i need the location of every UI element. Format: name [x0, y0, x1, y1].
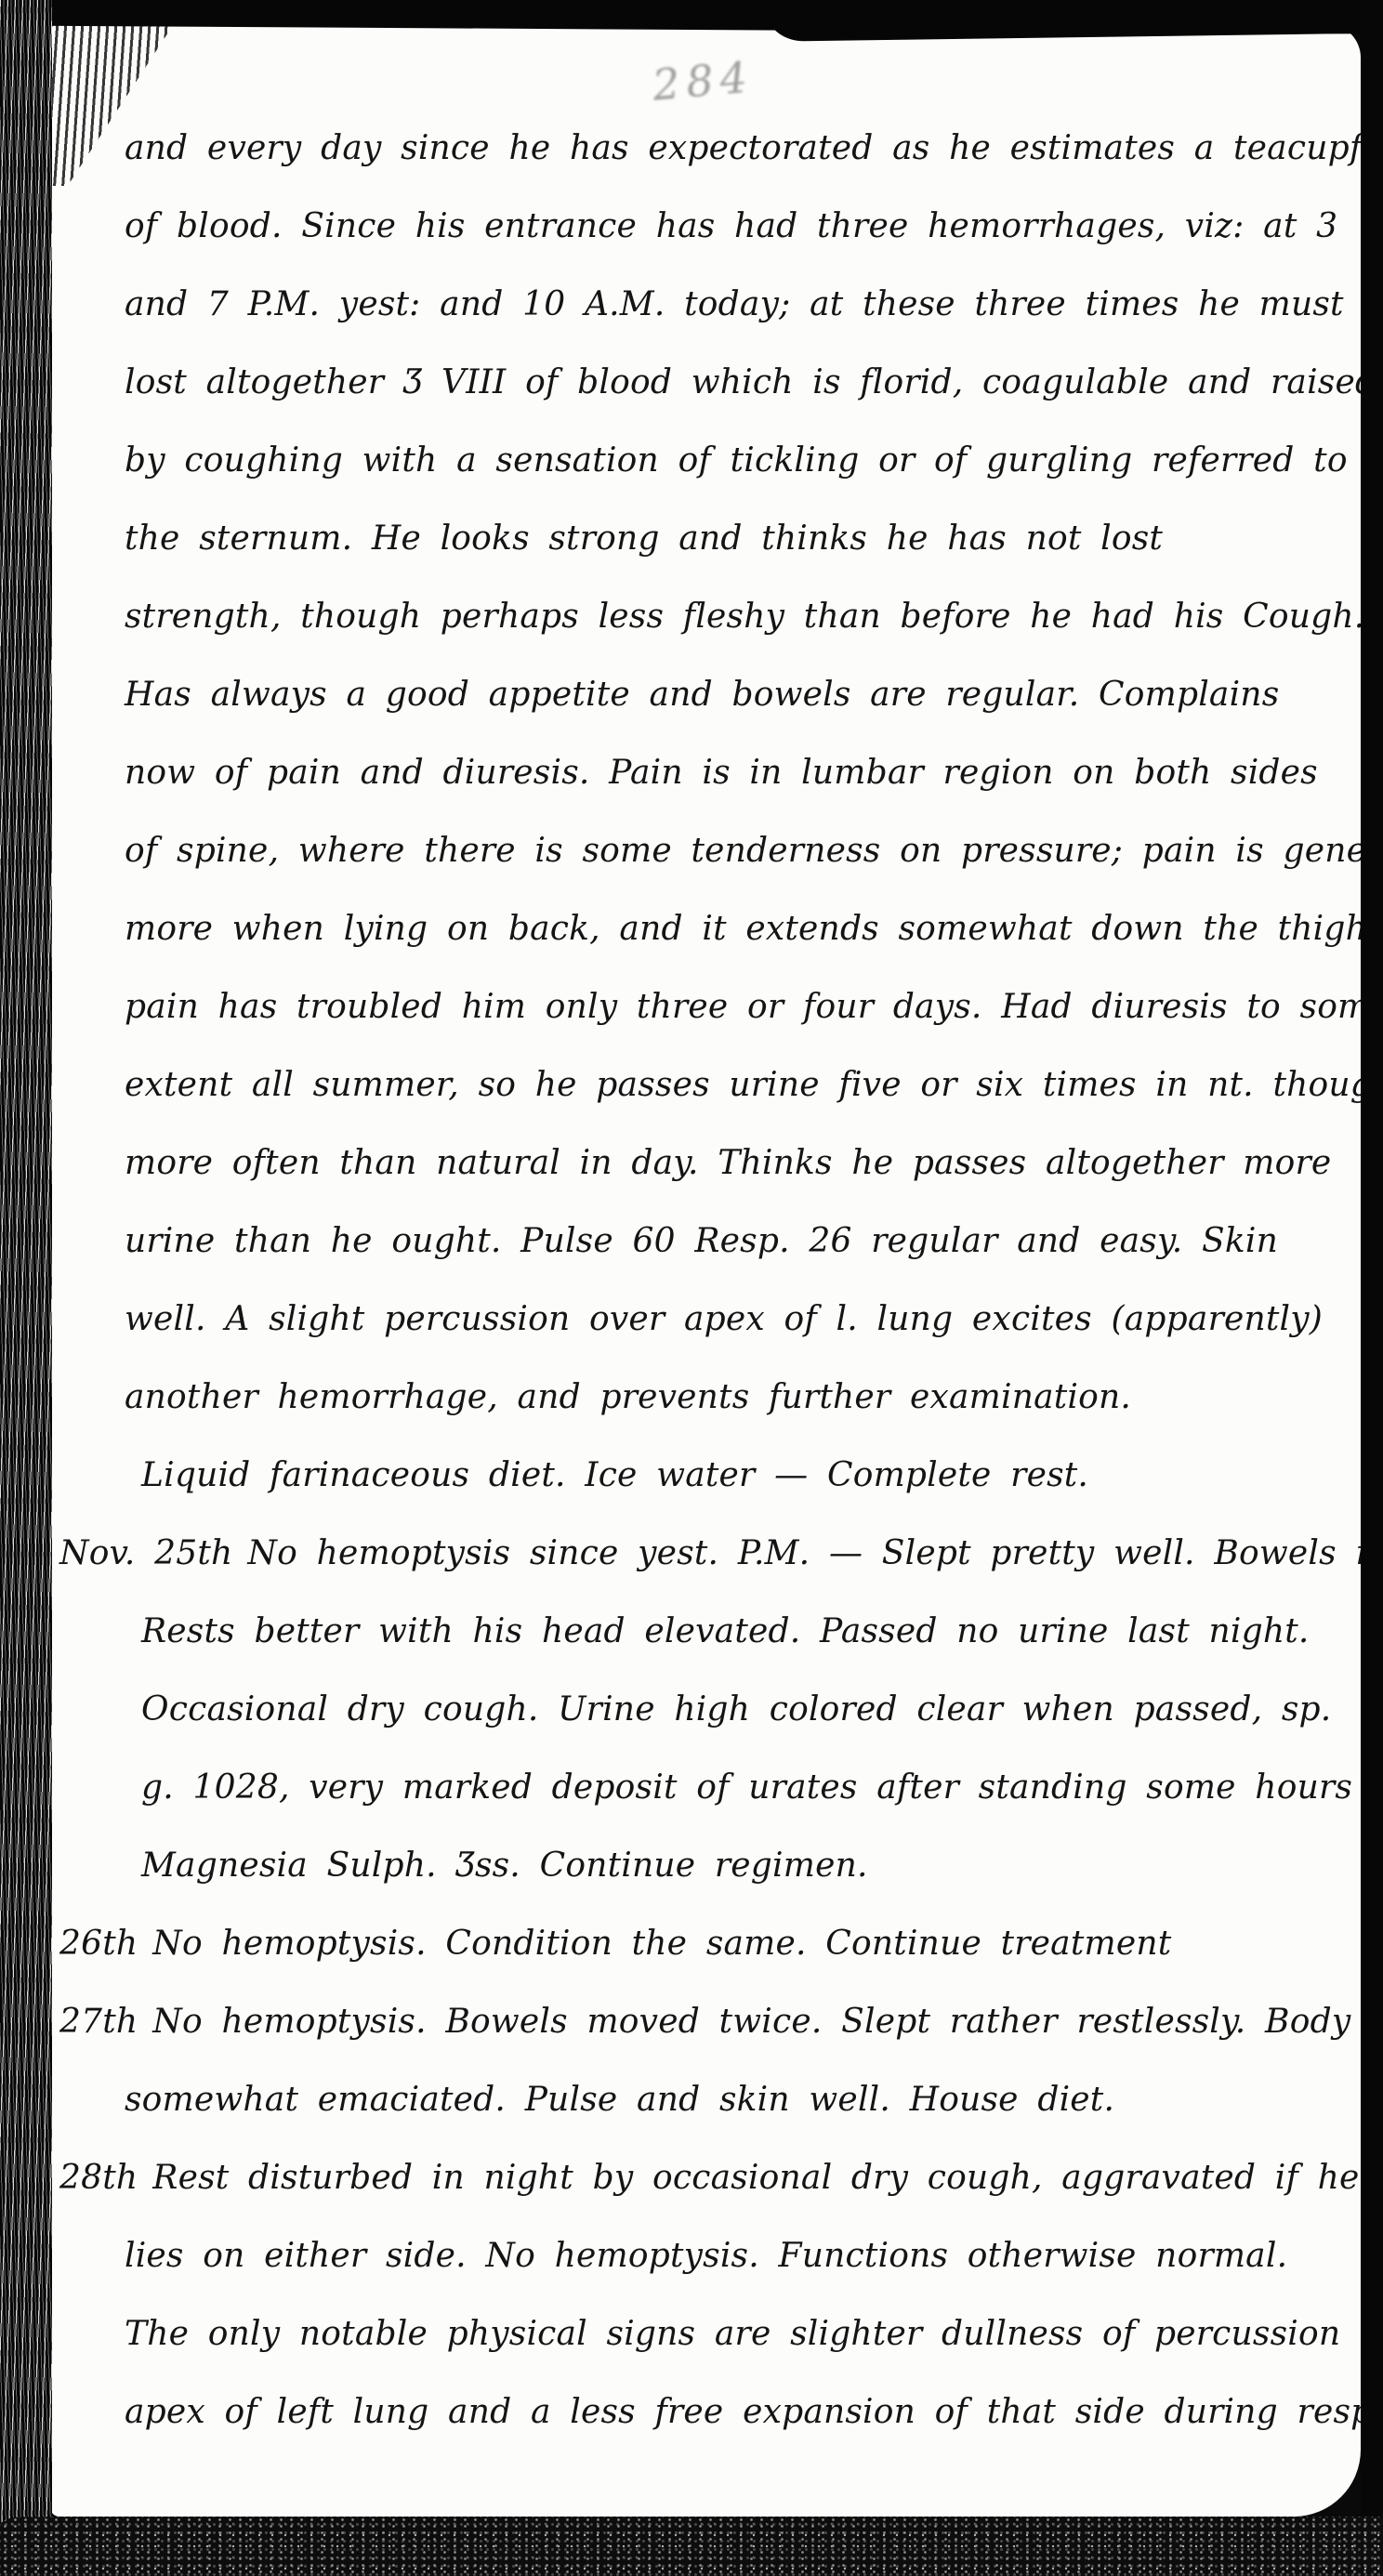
- manuscript-line: more often than natural in day. Thinks h…: [125, 1124, 1361, 1203]
- line-text: more often than natural in day. Thinks h…: [125, 1144, 1331, 1182]
- line-text: No hemoptysis since yest. P.M. — Slept p…: [247, 1534, 1361, 1572]
- manuscript-line: now of pain and diuresis. Pain is in lum…: [125, 734, 1361, 812]
- manuscript-line: extent all summer, so he passes urine fi…: [125, 1046, 1361, 1124]
- line-text: and every day since he has expectorated …: [125, 129, 1361, 167]
- manuscript-line: 28thRest disturbed in night by occasiona…: [125, 2139, 1361, 2217]
- line-text: of blood. Since his entrance has had thr…: [125, 207, 1337, 245]
- line-text: urine than he ought. Pulse 60 Resp. 26 r…: [125, 1222, 1278, 1260]
- line-text: lost altogether Ʒ VIII of blood which is…: [125, 363, 1361, 401]
- line-date-label: 28th: [59, 2139, 152, 2217]
- line-text: more when lying on back, and it extends …: [125, 910, 1361, 948]
- manuscript-line: 26thNo hemoptysis. Condition the same. C…: [125, 1905, 1361, 1983]
- line-text: Magnesia Sulph. Ʒss. Continue regimen.: [141, 1847, 868, 1885]
- line-text: Rests better with his head elevated. Pas…: [141, 1612, 1310, 1650]
- line-text: extent all summer, so he passes urine fi…: [125, 1066, 1361, 1104]
- line-text: Occasional dry cough. Urine high colored…: [141, 1690, 1331, 1728]
- line-date-label: Nov. 25th: [59, 1515, 247, 1593]
- manuscript-line: Nov. 25thNo hemoptysis since yest. P.M. …: [125, 1515, 1361, 1593]
- line-date-label: 26th: [59, 1905, 152, 1983]
- manuscript-line: by coughing with a sensation of tickling…: [125, 422, 1361, 500]
- scan-background: 284 and every day since he has expectora…: [0, 0, 1383, 2576]
- manuscript-line: Occasional dry cough. Urine high colored…: [125, 1671, 1361, 1749]
- manuscript-line: another hemorrhage, and prevents further…: [125, 1359, 1361, 1437]
- right-scan-edge: [1361, 0, 1383, 2576]
- binding-edge: [0, 0, 52, 2576]
- manuscript-line: apex of left lung and a less free expans…: [125, 2373, 1361, 2451]
- manuscript-line: of blood. Since his entrance has had thr…: [125, 188, 1361, 266]
- line-text: the sternum. He looks strong and thinks …: [125, 519, 1163, 558]
- manuscript-text: and every day since he has expectorated …: [125, 110, 1361, 2451]
- page-number-marking: 284: [651, 51, 756, 110]
- line-text: Rest disturbed in night by occasional dr…: [152, 2159, 1359, 2197]
- manuscript-line: Magnesia Sulph. Ʒss. Continue regimen.: [125, 1827, 1361, 1905]
- manuscript-line: Liquid farinaceous diet. Ice water — Com…: [125, 1437, 1361, 1515]
- line-text: No hemoptysis. Condition the same. Conti…: [152, 1925, 1171, 1963]
- line-text: Has always a good appetite and bowels ar…: [125, 676, 1279, 714]
- manuscript-page: 284 and every day since he has expectora…: [50, 24, 1361, 2517]
- manuscript-line: well. A slight percussion over apex of l…: [125, 1281, 1361, 1359]
- line-text: by coughing with a sensation of tickling…: [125, 441, 1348, 480]
- manuscript-line: g. 1028, very marked deposit of urates a…: [125, 1749, 1361, 1827]
- manuscript-line: of spine, where there is some tenderness…: [125, 812, 1361, 890]
- line-text: g. 1028, very marked deposit of urates a…: [141, 1768, 1352, 1807]
- manuscript-line: lies on either side. No hemoptysis. Func…: [125, 2217, 1361, 2295]
- manuscript-line: somewhat emaciated. Pulse and skin well.…: [125, 2061, 1361, 2139]
- line-text: lies on either side. No hemoptysis. Func…: [125, 2237, 1287, 2275]
- line-text: and 7 P.M. yest: and 10 A.M. today; at t…: [125, 285, 1361, 323]
- manuscript-line: and 7 P.M. yest: and 10 A.M. today; at t…: [125, 266, 1361, 344]
- line-date-label: 27th: [59, 1983, 152, 2061]
- manuscript-line: Has always a good appetite and bowels ar…: [125, 656, 1361, 734]
- line-text: of spine, where there is some tenderness…: [125, 832, 1361, 870]
- line-text: No hemoptysis. Bowels moved twice. Slept…: [152, 2003, 1350, 2041]
- line-text: Liquid farinaceous diet. Ice water — Com…: [141, 1456, 1088, 1494]
- line-text: now of pain and diuresis. Pain is in lum…: [125, 754, 1318, 792]
- manuscript-line: more when lying on back, and it extends …: [125, 890, 1361, 968]
- manuscript-line: urine than he ought. Pulse 60 Resp. 26 r…: [125, 1203, 1361, 1281]
- line-text: The only notable physical signs are slig…: [125, 2315, 1361, 2353]
- manuscript-line: and every day since he has expectorated …: [125, 110, 1361, 188]
- manuscript-line: strength, though perhaps less fleshy tha…: [125, 578, 1361, 656]
- manuscript-line: pain has troubled him only three or four…: [125, 968, 1361, 1046]
- line-text: strength, though perhaps less fleshy tha…: [125, 598, 1361, 636]
- line-text: another hemorrhage, and prevents further…: [125, 1378, 1131, 1416]
- manuscript-line: lost altogether Ʒ VIII of blood which is…: [125, 344, 1361, 422]
- line-text: pain has troubled him only three or four…: [125, 988, 1361, 1026]
- bottom-scan-noise: [0, 2517, 1383, 2576]
- manuscript-line: Rests better with his head elevated. Pas…: [125, 1593, 1361, 1671]
- manuscript-line: The only notable physical signs are slig…: [125, 2295, 1361, 2373]
- manuscript-line: 27thNo hemoptysis. Bowels moved twice. S…: [125, 1983, 1361, 2061]
- line-text: well. A slight percussion over apex of l…: [125, 1300, 1323, 1338]
- line-text: somewhat emaciated. Pulse and skin well.…: [125, 2081, 1114, 2119]
- manuscript-line: the sternum. He looks strong and thinks …: [125, 500, 1361, 578]
- line-text: apex of left lung and a less free expans…: [125, 2393, 1361, 2431]
